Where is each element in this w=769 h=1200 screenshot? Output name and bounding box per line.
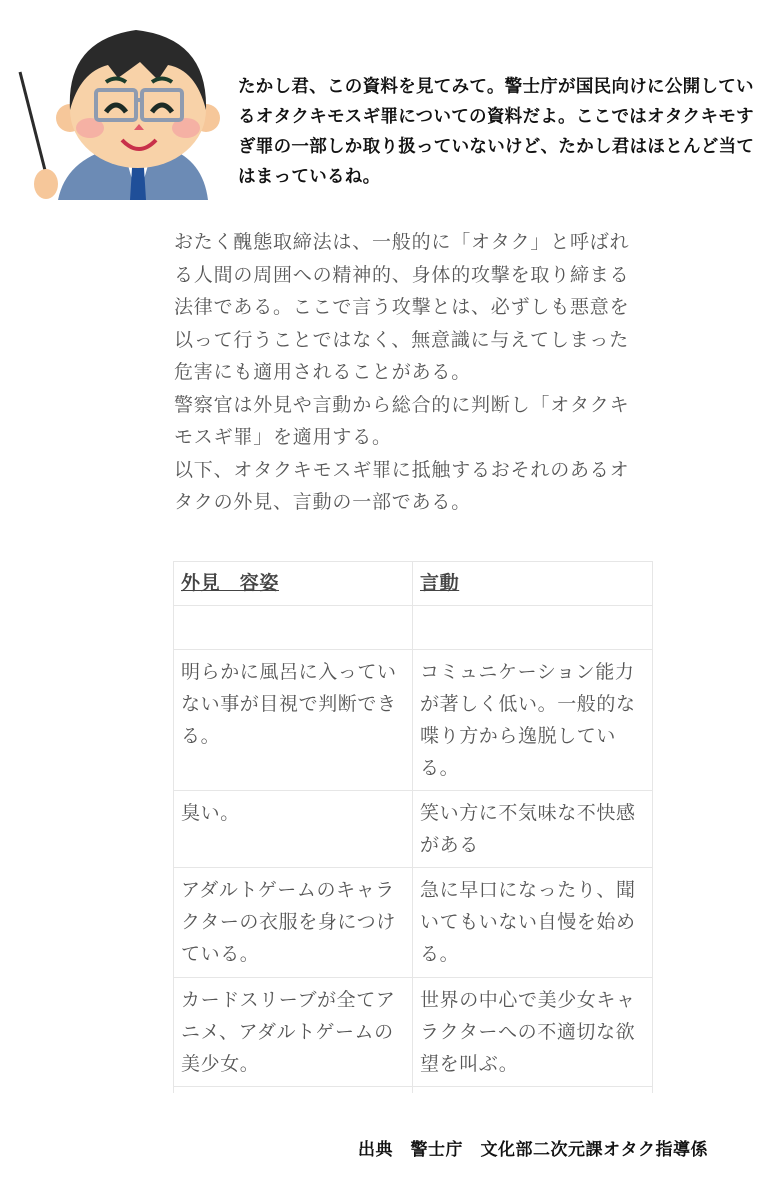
- table-cell: 急に早口になったり、聞いてもいない自慢を始める。: [413, 868, 653, 978]
- table-cell: [413, 606, 653, 650]
- table-cell: コミュニケーション能力が著しく低い。一般的な喋り方から逸脱している。: [413, 650, 653, 791]
- teacher-speech: たかし君、この資料を見てみて。警士庁が国民向けに公開しているオタクキモスギ罪につ…: [238, 72, 758, 192]
- intro-paragraph: 以下、オタクキモスギ罪に抵触するおそれのあるオタクの外見、言動の一部である。: [174, 454, 644, 519]
- table-cell: 明らかに風呂に入っていない事が目視で判断できる。: [174, 650, 413, 791]
- teacher-with-pointer-icon: [18, 20, 228, 200]
- table-cell: 臭い。: [174, 791, 413, 868]
- intro-paragraph: 警察官は外見や言動から総合的に判断し「オタクキモスギ罪」を適用する。: [174, 389, 644, 454]
- table-cell: [174, 1087, 413, 1093]
- table-row: 明らかに風呂に入っていない事が目視で判断できる。 コミュニケーション能力が著しく…: [174, 650, 653, 791]
- table-row: アダルトゲームのキャラクターの衣服を身につけている。 急に早口になったり、聞いて…: [174, 868, 653, 978]
- table-cell: アダルトゲームのキャラクターの衣服を身につけている。: [174, 868, 413, 978]
- table-row: カードスリーブが全てアニメ、アダルトゲームの美少女。 世界の中心で美少女キャラク…: [174, 978, 653, 1087]
- offense-table: 外見 容姿 言動 明らかに風呂に入っていない事が目視で判断できる。 コミュニケー…: [173, 561, 653, 1093]
- table-row-partial: [174, 1087, 653, 1093]
- intro-paragraph: おたく醜態取締法は、一般的に「オタク」と呼ばれる人間の周囲への精神的、身体的攻撃…: [174, 226, 644, 389]
- law-description: おたく醜態取締法は、一般的に「オタク」と呼ばれる人間の周囲への精神的、身体的攻撃…: [174, 226, 644, 519]
- table-row: 臭い。 笑い方に不気味な不快感がある: [174, 791, 653, 868]
- table-row: [174, 606, 653, 650]
- teacher-illustration: [18, 20, 228, 200]
- table-cell: [413, 1087, 653, 1093]
- table-cell: カードスリーブが全てアニメ、アダルトゲームの美少女。: [174, 978, 413, 1087]
- header-appearance: 外見 容姿: [174, 562, 413, 606]
- table-cell: 世界の中心で美少女キャラクターへの不適切な欲望を叫ぶ。: [413, 978, 653, 1087]
- header-behavior: 言動: [413, 562, 653, 606]
- table-cell: [174, 606, 413, 650]
- source-credit: 出典 警士庁 文化部二次元課オタク指導係: [358, 1135, 708, 1160]
- table-header-row: 外見 容姿 言動: [174, 562, 653, 606]
- table-cell: 笑い方に不気味な不快感がある: [413, 791, 653, 868]
